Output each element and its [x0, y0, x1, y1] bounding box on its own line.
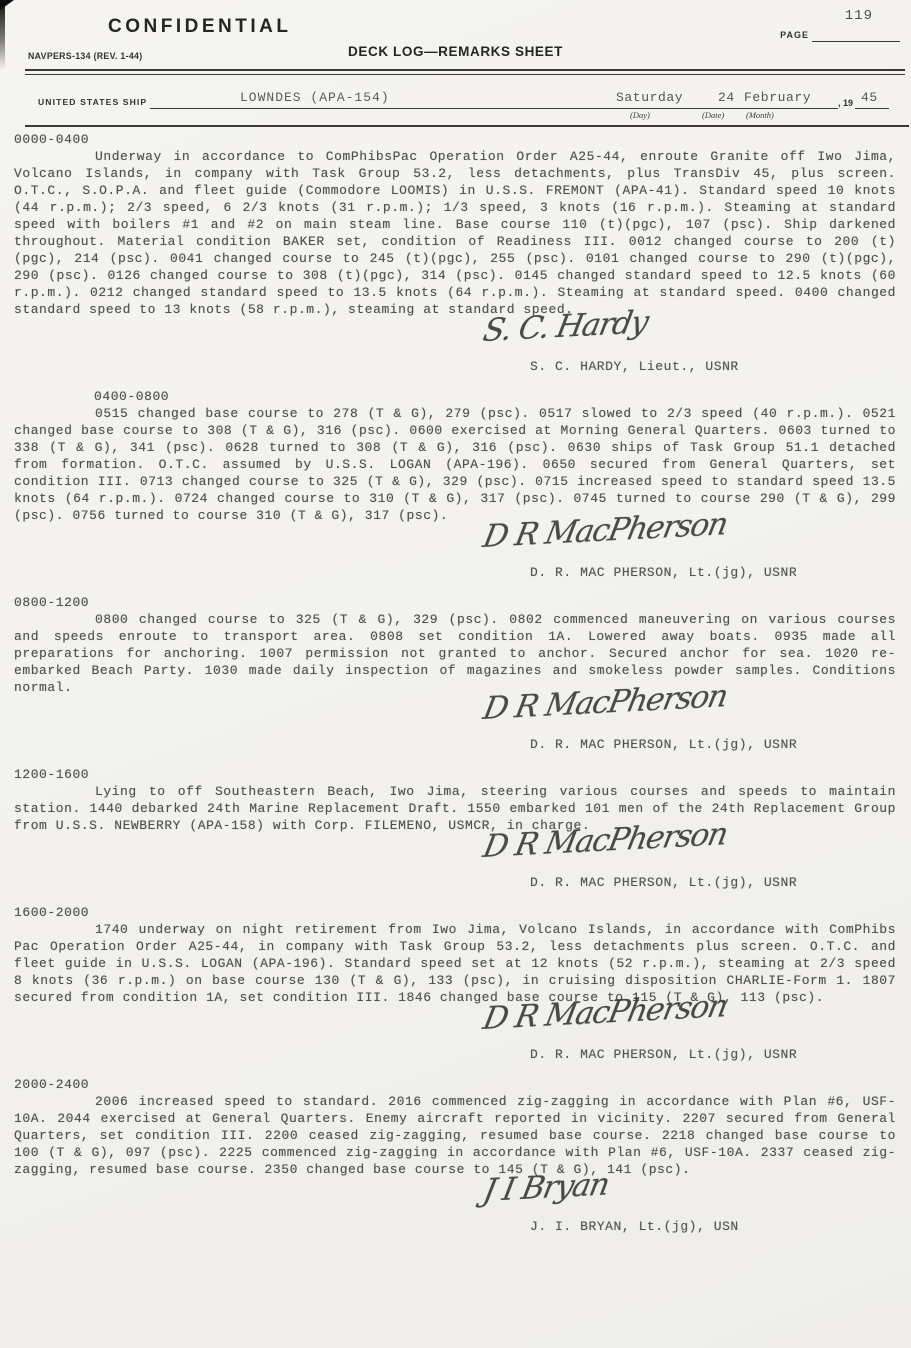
typed-signature: D. R. MAC PHERSON, Lt.(jg), USNR: [530, 736, 797, 753]
remarks-body: 0000-0400 Underway in accordance to ComP…: [14, 131, 896, 1248]
page-number: 119: [845, 8, 873, 24]
signature-block: D R MacPherson D. R. MAC PHERSON, Lt.(jg…: [14, 537, 896, 589]
log-entry-1600-2000: 1600-2000 1740 underway on night retirem…: [14, 904, 896, 1071]
entry-text: 0800 changed course to 325 (T & G), 329 …: [14, 611, 896, 696]
typed-signature: S. C. HARDY, Lieut., USNR: [530, 358, 739, 375]
typed-signature: D. R. MAC PHERSON, Lt.(jg), USNR: [530, 564, 797, 581]
date-caption: (Date): [702, 110, 724, 120]
date-captions: (Day) (Date) (Month): [612, 110, 852, 124]
year-line: 45: [855, 66, 889, 109]
deck-log-remarks-sheet: { "header": { "classification": "CONFIDE…: [0, 0, 911, 1348]
header-bottom-rule: [25, 125, 909, 127]
entry-text: 2006 increased speed to standard. 2016 c…: [14, 1093, 896, 1178]
handwritten-signature: D R MacPherson: [482, 516, 728, 546]
signature-block: D R MacPherson D. R. MAC PHERSON, Lt.(jg…: [14, 1019, 896, 1071]
page-label: PAGE: [780, 30, 809, 40]
log-entry-0400-0800: 0400-0800 0515 changed base course to 27…: [14, 388, 896, 589]
entry-text: 1740 underway on night retirement from I…: [14, 921, 896, 1006]
signature-block: J I Bryan J. I. BRYAN, Lt.(jg), USN: [14, 1191, 896, 1243]
typed-signature: J. I. BRYAN, Lt.(jg), USN: [530, 1218, 739, 1235]
entry-text: 0515 changed base course to 278 (T & G),…: [14, 405, 896, 524]
year-prefix: , 19: [838, 98, 853, 108]
form-header: CONFIDENTIAL PAGE 119 NAVPERS-134 (REV. …: [0, 0, 911, 130]
entry-text: Underway in accordance to ComPhibsPac Op…: [14, 148, 896, 318]
watch-label: 0400-0800: [94, 388, 896, 405]
log-entry-0800-1200: 0800-1200 0800 changed course to 325 (T …: [14, 594, 896, 761]
ship-name-line: LOWNDES (APA-154): [150, 66, 612, 109]
day-caption: (Day): [630, 110, 650, 120]
date-month: February: [744, 90, 811, 105]
ship-name: LOWNDES (APA-154): [240, 90, 390, 105]
watch-label: 1200-1600: [14, 766, 896, 783]
year-value: 45: [861, 90, 878, 105]
signature-block: D R MacPherson D. R. MAC PHERSON, Lt.(jg…: [14, 709, 896, 761]
log-entry-0000-0400: 0000-0400 Underway in accordance to ComP…: [14, 131, 896, 383]
watch-label: 0000-0400: [14, 131, 896, 148]
date-line: Saturday 24 February: [612, 66, 838, 109]
handwritten-signature: S. C. Hardy: [482, 314, 648, 340]
classification-stamp: CONFIDENTIAL: [108, 16, 291, 38]
document-title: DECK LOG—REMARKS SHEET: [348, 44, 563, 59]
handwritten-signature: D R MacPherson: [482, 998, 728, 1028]
watch-label: 1600-2000: [14, 904, 896, 921]
handwritten-signature: J I Bryan: [482, 1176, 610, 1200]
watch-label: 2000-2400: [14, 1076, 896, 1093]
month-caption: (Month): [746, 110, 774, 120]
handwritten-signature: D R MacPherson: [482, 688, 728, 718]
typed-signature: D. R. MAC PHERSON, Lt.(jg), USNR: [530, 874, 797, 891]
page-number-line: [812, 41, 900, 42]
form-number: NAVPERS-134 (REV. 1-44): [28, 51, 142, 61]
ship-label: UNITED STATES SHIP: [38, 97, 147, 107]
entry-text: Lying to off Southeastern Beach, Iwo Jim…: [14, 783, 896, 834]
date-number: 24: [718, 90, 735, 105]
signature-block: D R MacPherson D. R. MAC PHERSON, Lt.(jg…: [14, 847, 896, 899]
typed-signature: D. R. MAC PHERSON, Lt.(jg), USNR: [530, 1046, 797, 1063]
watch-label: 0800-1200: [14, 594, 896, 611]
handwritten-signature: D R MacPherson: [482, 826, 728, 856]
date-day: Saturday: [616, 90, 683, 105]
log-entry-1200-1600: 1200-1600 Lying to off Southeastern Beac…: [14, 766, 896, 899]
log-entry-2000-2400: 2000-2400 2006 increased speed to standa…: [14, 1076, 896, 1243]
signature-block: S. C. Hardy S. C. HARDY, Lieut., USNR: [14, 331, 896, 383]
